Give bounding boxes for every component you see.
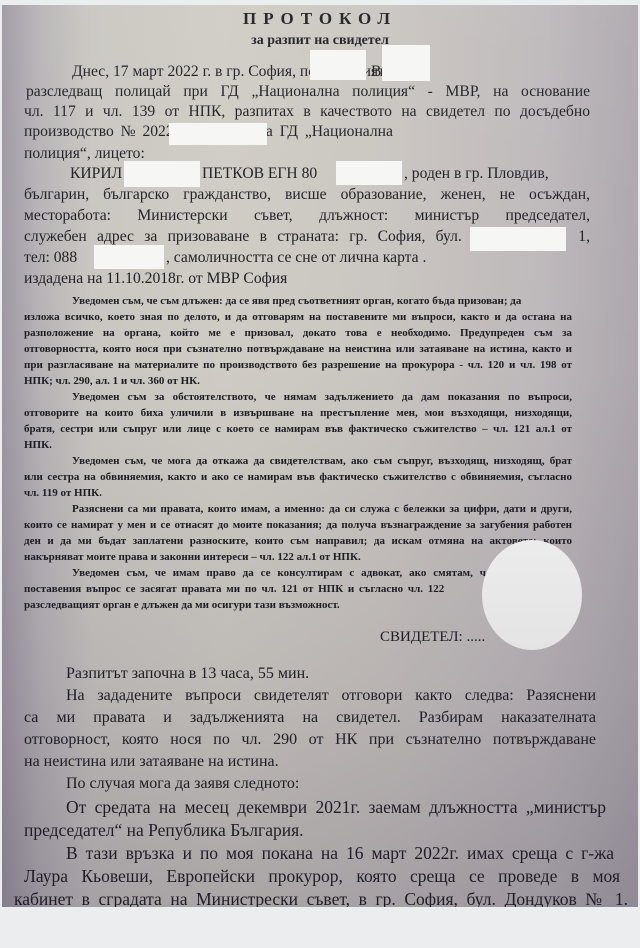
body-line: председател“ на Република България. bbox=[24, 820, 304, 841]
notice-line: НПК. bbox=[24, 439, 52, 451]
document-subtitle: за разпит на свидетел bbox=[2, 33, 638, 49]
redaction-box bbox=[94, 245, 164, 269]
person-first-name: КИРИЛ bbox=[70, 165, 122, 183]
notice-line: Уведомен съм, че съм длъжен: да се явя п… bbox=[72, 295, 521, 307]
person-line: българин, българско гражданство, висше о… bbox=[24, 186, 590, 204]
document-page: ПРОТОКОЛ за разпит на свидетел Днес, 17 … bbox=[2, 5, 638, 907]
redaction-box bbox=[169, 123, 267, 145]
intro-line: чл. 117 и чл. 139 от НПК, разпитах в кач… bbox=[24, 103, 590, 121]
body-line: кабинет в сградата на Министрески съвет,… bbox=[14, 889, 628, 907]
body-line: Лаура Кьовеши, Европейски прокурор, коят… bbox=[24, 866, 620, 887]
person-last-name-egn: ПЕТКОВ ЕГН 80 bbox=[202, 165, 317, 183]
person-line: издадена на 11.10.2018г. от МВР София bbox=[24, 270, 287, 288]
notice-line: разследващият орган е длъжен да ми осигу… bbox=[24, 599, 340, 611]
notice-line: ден и да ми бъдат заплатени разноските, … bbox=[24, 535, 572, 547]
person-line: месторабота: Министерски съвет, длъжност… bbox=[24, 207, 590, 225]
body-line: Разпитът започна в 13 часа, 55 мин. bbox=[66, 665, 309, 683]
body-line: отговорност, която нося по чл. 290 от НК… bbox=[24, 731, 596, 749]
body-line: на неистина или затаяване на истина. bbox=[24, 753, 279, 771]
notice-line: накърняват моите права и законни интерес… bbox=[24, 551, 361, 563]
notice-line: Уведомен съм за обстоятелството, че няма… bbox=[72, 391, 572, 403]
notice-line: чл. 119 от НПК. bbox=[24, 487, 102, 499]
redaction-box bbox=[382, 45, 430, 81]
body-line: По случая мога да заявя следното: bbox=[66, 775, 299, 793]
notice-line: или сестра на обвиняемия, както и ако се… bbox=[24, 471, 572, 483]
intro-suffix: В bbox=[371, 63, 381, 81]
body-line: От средата на месец декември 2021г. заем… bbox=[66, 797, 606, 818]
body-line: са ми правата и задълженията на свидетел… bbox=[24, 709, 596, 727]
redaction-box bbox=[336, 161, 402, 185]
redaction-box bbox=[310, 50, 366, 80]
notice-line: отговорите на които биха уличили в извър… bbox=[24, 407, 572, 419]
redaction-box bbox=[470, 227, 566, 251]
person-phone: тел: 088 bbox=[24, 249, 77, 267]
person-line: , роден в гр. Пловдив, bbox=[404, 165, 549, 183]
notice-line: които се намират у мен и се отнасят до м… bbox=[24, 519, 572, 531]
body-line: В тази връзка и по моя покана на 16 март… bbox=[66, 843, 614, 864]
witness-signature-label: СВИДЕТЕЛ: ..... bbox=[380, 629, 485, 646]
intro-line: разследващ полицай при ГД „Национална по… bbox=[26, 83, 590, 101]
redaction-box bbox=[124, 161, 200, 187]
person-line: , самоличността се сне от лична карта . bbox=[166, 249, 426, 267]
redacted-signature-circle bbox=[482, 540, 582, 650]
notice-line: Уведомен съм, че мога да откажа да свиде… bbox=[72, 455, 572, 467]
notice-line: НПК; чл. 290, ал. 1 и чл. 360 от НК. bbox=[24, 375, 200, 387]
notice-line: Разяснени са ми правата, които имам, а и… bbox=[72, 503, 572, 515]
body-line: На зададените въпроси свидетелят отговор… bbox=[66, 687, 596, 705]
notice-line: изложа всичко, което зная по делото, и д… bbox=[24, 311, 572, 323]
notice-line: при разгласяване на материалите по произ… bbox=[24, 359, 572, 371]
notice-line: разположение на органа, който ме е призо… bbox=[24, 327, 572, 339]
notice-line: поставения въпрос се засягат правата ми … bbox=[24, 583, 444, 595]
notice-line: отговорността, която нося при съзнателно… bbox=[24, 343, 572, 355]
notice-line: братя, сестри или съпруг или лице с коет… bbox=[24, 423, 572, 435]
document-title: ПРОТОКОЛ bbox=[2, 9, 638, 29]
